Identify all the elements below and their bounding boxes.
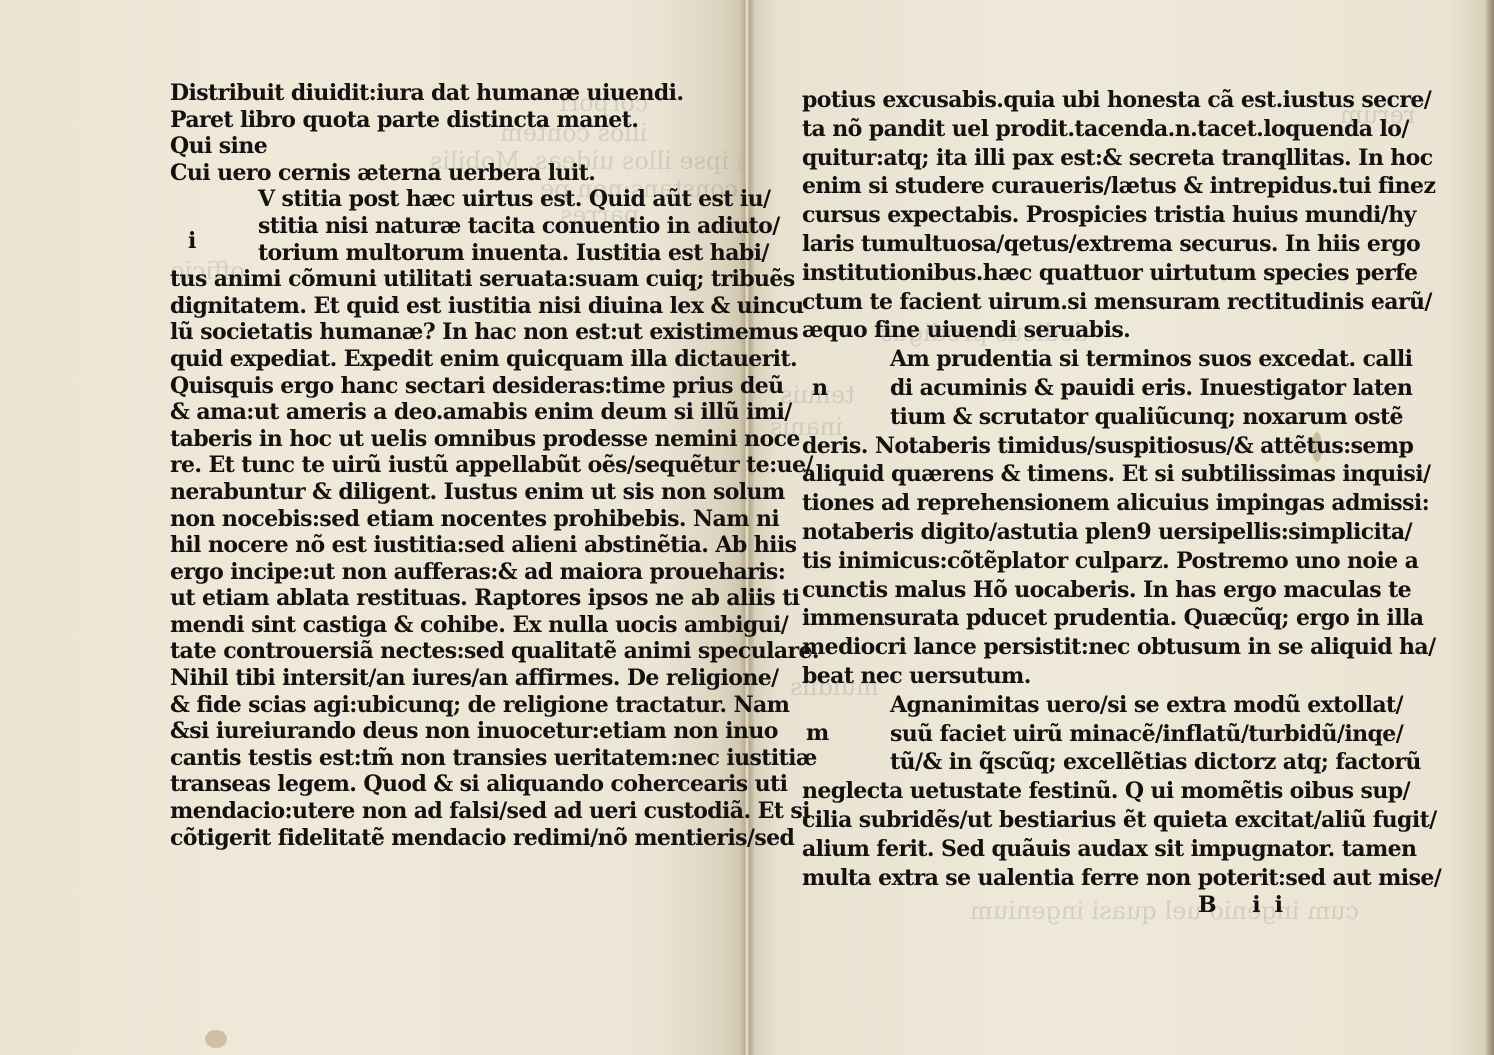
text-line: tis inimicus:cõtẽplator culparz. Postrem… [802,547,1314,576]
text-line: tus animi cõmuni utilitati seruata:suam … [170,266,710,293]
text-line: ta nõ pandit uel prodit.tacenda.n.tacet.… [802,115,1314,144]
right-page-text: potius excusabis.quia ubi honesta cã est… [802,86,1314,892]
text-line: Nihil tibi intersit/an iures/an affirmes… [170,665,710,692]
guide-letter-i: i [188,228,196,254]
text-line: notaberis digito/astutia plen9 uersipell… [802,518,1314,547]
text-line: deris. Notaberis timidus/suspitiosus/& a… [802,432,1314,461]
text-line: ut etiam ablata restituas. Raptores ipso… [170,585,710,612]
left-page-text: Distribuit diuidit:iura dat humanæ uiuen… [170,80,710,851]
text-line: &si iureiurando deus non inuocetur:etiam… [170,718,710,745]
guide-letter-m: m [806,720,829,746]
text-line: æquo fine uiuendi seruabis. [802,316,1314,345]
page-edge [1486,0,1494,1055]
text-line: & ama:ut ameris a deo.amabis enim deum s… [170,399,710,426]
text-line: mediocri lance persistit:nec obtusum in … [802,633,1314,662]
text-line: quid expediat. Expedit enim quicquam ill… [170,346,710,373]
text-line: mendacio:utere non ad falsi/sed ad ueri … [170,798,710,825]
text-line: non nocebis:sed etiam nocentes prohibebi… [170,506,710,533]
text-line: lũ societatis humanæ? In hac non est:ut … [170,319,710,346]
text-line: cantis testis est:tm̃ non transies uerit… [170,745,710,772]
text-line: dignitatem. Et quid est iustitia nisi di… [170,293,710,320]
text-line: aliquid quærens & timens. Et si subtilis… [802,460,1314,489]
text-line: cunctis malus Hõ uocaberis. In has ergo … [802,576,1314,605]
text-line: beat nec uersutum. [802,662,1314,691]
text-line: mendi sint castiga & cohibe. Ex nulla uo… [170,612,710,639]
text-line: tium & scrutator qualiũcunq; noxarum ost… [802,403,1314,432]
text-line: di acuminis & pauidi eris. Inuestigator … [802,374,1314,403]
text-line: stitia nisi naturæ tacita conuentio in a… [170,213,710,240]
text-line: hil nocere nõ est iustitia:sed alieni ab… [170,532,710,559]
text-line: cilia subridẽs/ut bestiarius ẽt quieta e… [802,806,1314,835]
guide-letter-n: n [812,375,828,401]
signature-mark: B ii [1198,892,1297,918]
text-line: quitur:atq; ita illi pax est:& secreta t… [802,144,1314,173]
show-through-text: cum ingenio uel quasi ingenium [970,896,1359,926]
text-line: potius excusabis.quia ubi honesta cã est… [802,86,1314,115]
text-line: Distribuit diuidit:iura dat humanæ uiuen… [170,80,710,107]
text-line: multa extra se ualentia ferre non poteri… [802,864,1314,893]
paper-stain [205,1030,227,1048]
text-line: enim si studere curaueris/lætus & intrep… [802,172,1314,201]
text-line: & fide scias agi:ubicunq; de religione t… [170,692,710,719]
text-line: laris tumultuosa/qetus/extrema securus. … [802,230,1314,259]
text-line: Qui sine [170,133,710,160]
text-line: immensurata pducet prudentia. Quæcũq; er… [802,604,1314,633]
text-line: ctum te facient uirum.si mensuram rectit… [802,288,1314,317]
book-spread: corpori illos contem uideat:cum ipse ill… [0,0,1494,1055]
text-line: neglecta uetustate festinũ. Q ui momẽtis… [802,777,1314,806]
text-line: taberis in hoc ut uelis omnibus prodesse… [170,426,710,453]
text-line: cursus expectabis. Prospicies tristia hu… [802,201,1314,230]
text-line: tũ/& in q̃scũq; excellẽtias dictorz atq;… [802,748,1314,777]
text-line: nerabuntur & diligent. Iustus enim ut si… [170,479,710,506]
text-line: re. Et tunc te uirũ iustũ appellabũt oẽs… [170,452,710,479]
text-line: suũ faciet uirũ minacẽ/inflatũ/turbidũ/i… [802,720,1314,749]
text-line: Am prudentia si terminos suos excedat. c… [802,345,1314,374]
text-line: cõtigerit fidelitatẽ mendacio redimi/nõ … [170,825,710,852]
text-line: V stitia post hæc uirtus est. Quid aũt e… [170,186,710,213]
text-line: Cui uero cernis æterna uerbera luit. [170,160,710,187]
text-line: transeas legem. Quod & si aliquando cohe… [170,771,710,798]
text-line: tate controuersiã nectes:sed qualitatẽ a… [170,638,710,665]
text-line: institutionibus.hæc quattuor uirtutum sp… [802,259,1314,288]
text-line: alium ferit. Sed quãuis audax sit impugn… [802,835,1314,864]
text-line: Quisquis ergo hanc sectari desideras:tim… [170,373,710,400]
text-line: tiones ad reprehensionem alicuius imping… [802,489,1314,518]
text-line: ergo incipe:ut non aufferas:& ad maiora … [170,559,710,586]
text-line: Agnanimitas uero/si se extra modũ extoll… [802,691,1314,720]
text-line: torium multorum inuenta. Iustitia est ha… [170,240,710,267]
text-line: Paret libro quota parte distincta manet. [170,107,710,134]
